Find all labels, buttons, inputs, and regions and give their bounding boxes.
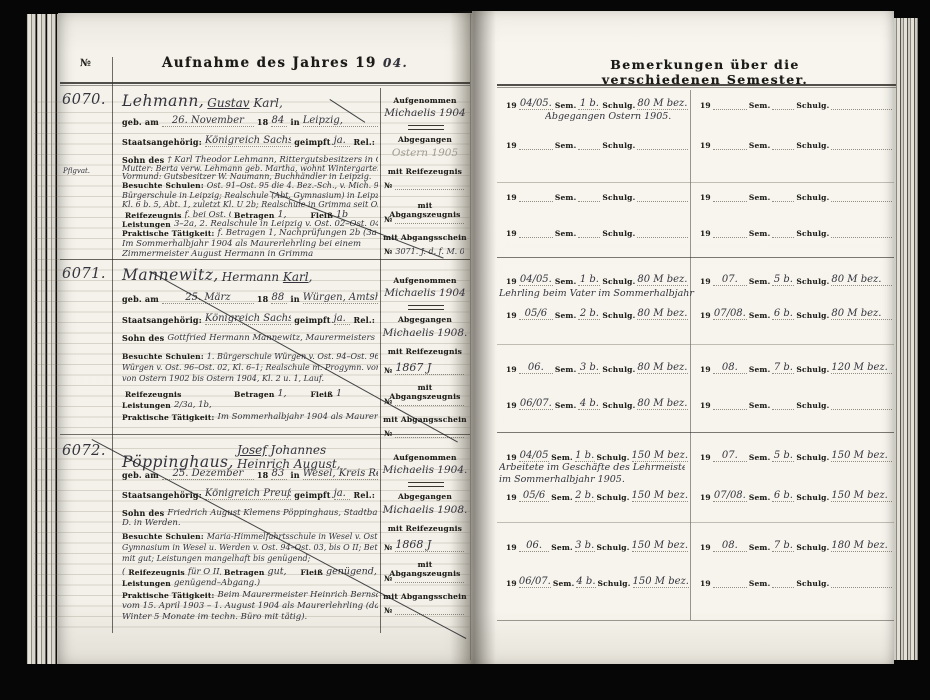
vaccinated: ja.: [334, 488, 351, 500]
label-19: 19: [700, 493, 711, 502]
year-value: 04/05.: [519, 274, 553, 286]
year-value: 06/07.: [519, 576, 551, 588]
label-19: 19: [506, 543, 517, 552]
label-sem: Sem.: [555, 401, 577, 410]
label-19: 19: [506, 579, 517, 588]
semester-cell: 19 Sem. Schulg.: [700, 188, 892, 202]
left-header-rule: [60, 82, 470, 84]
double-rule: [408, 125, 444, 130]
schools-row-1: Besuchte Schulen: Ost. 91–Ost. 95 die 4.…: [122, 181, 378, 190]
semester-value: 4 b.: [578, 398, 600, 410]
practical-row-2: vom 15. April 1903 – 1. August 1904 als …: [122, 601, 378, 611]
semester-value: [772, 409, 794, 410]
leaving-slip-number: [395, 614, 464, 615]
label-fleiss: Fleiß: [311, 390, 334, 399]
semester-value: 2 b.: [575, 490, 595, 502]
citizenship-row: Staatsangehörig: Königreich Sachsen geim…: [122, 135, 378, 147]
birth-date: 26. November: [162, 115, 254, 127]
given-names: Gustav Karl,: [207, 96, 283, 110]
year-value: [713, 409, 747, 410]
admitted-date: Michaelis 1904.: [382, 464, 468, 476]
name-row: Mannewitz, Hermann Karl,: [122, 266, 378, 284]
label-mit-reifezeugnis: mit Reifezeugnis: [382, 524, 468, 533]
label-schulg: Schulg.: [602, 277, 635, 286]
given-pre: Hermann: [222, 270, 283, 284]
practical-line: Zimmermeister August Hermann in Grimma: [122, 249, 378, 259]
leaving-certificate-number-row: №: [384, 215, 464, 224]
year-value: 07.: [713, 274, 747, 286]
certificate-number-row: №: [384, 181, 464, 190]
year-value: 04/05.: [519, 98, 553, 110]
year-value: 08.: [713, 362, 747, 374]
semester-cell: 19 Sem. Schulg.: [506, 224, 688, 238]
semester-value: 6 b.: [772, 490, 794, 502]
year-value: [713, 587, 747, 588]
label-sem: Sem.: [749, 453, 771, 462]
label-no: №: [384, 181, 392, 190]
label-schulg: Schulg.: [796, 579, 829, 588]
fee-value: 80 M bez.: [637, 398, 688, 410]
label-sem: Sem.: [749, 579, 771, 588]
schools-row-2: Bürgerschule in Leipzig; Realschule (Abt…: [122, 191, 378, 200]
margin-note: Pflgvat.: [63, 167, 90, 175]
group-separator-bottom: [497, 620, 894, 621]
leaving-slip-number: [395, 437, 464, 438]
status-column: Aufgenommen Michaelis 1904 Abgegangen Mi…: [382, 276, 468, 441]
achievements: genügend–Abgang.): [174, 578, 378, 588]
label-rel: Rel.:: [353, 137, 375, 147]
label-schulg: Schulg.: [602, 229, 635, 238]
semester-value: 1 b.: [578, 98, 600, 110]
status-column-divider: [380, 88, 381, 633]
admitted-date: Michaelis 1904: [382, 287, 468, 299]
leaving-slip-number-row: №: [384, 429, 464, 438]
given-tail: Karl,: [250, 96, 283, 110]
label-aufgenommen: Aufgenommen: [382, 276, 468, 285]
label-schulg: Schulg.: [602, 401, 635, 410]
certificate-number: 1867 J: [395, 361, 464, 375]
schools-row-2: Würgen v. Ost. 96–Ost. 02, Kl. 6–1; Real…: [122, 363, 378, 372]
label-sem: Sem.: [555, 277, 577, 286]
year-value: [519, 237, 553, 238]
label-no: №: [384, 429, 392, 438]
label-schulg: Schulg.: [796, 401, 829, 410]
label-schulg: Schulg.: [796, 311, 829, 320]
label-rel: Rel.:: [353, 490, 375, 500]
label-sem: Sem.: [749, 543, 771, 552]
achievements-row: Leistungen 2/3a, 1b,: [122, 400, 378, 410]
semester-value: 5 b.: [772, 450, 794, 462]
label-19: 19: [700, 453, 711, 462]
label-abgegangen: Abgegangen: [382, 492, 468, 501]
practical-row-2: Im Sommerhalbjahr 1904 als Maurerlehrlin…: [122, 239, 378, 249]
semester-cell: 19 07. Sem. 5 b. Schulg. 80 M bez.: [700, 272, 892, 286]
certificate-note: für O II, Ostern 03;: [188, 567, 221, 577]
semester-cell: 19 05/6 Sem. 2 b. Schulg. 150 M bez.: [506, 488, 688, 502]
practical-row-1: Praktische Tätigkeit: Beim Maurermeister…: [122, 590, 378, 600]
label-sem: Sem.: [749, 365, 771, 374]
left-date: Michaelis 1908.: [382, 504, 468, 516]
semester-column-divider: [690, 90, 691, 620]
label-schulg: Schulg.: [796, 229, 829, 238]
given-underlined: Karl: [283, 270, 309, 284]
semester-value: [772, 201, 794, 202]
label-19: 19: [700, 193, 711, 202]
label-aufgenommen: Aufgenommen: [382, 453, 468, 462]
year-value: 06.: [519, 362, 553, 374]
year-value: 07.: [713, 450, 747, 462]
label-betragen: Betragen: [224, 568, 264, 577]
fee-value: 80 M bez.: [637, 274, 688, 286]
fee-value: [637, 237, 688, 238]
label-schulg: Schulg.: [796, 101, 829, 110]
label-staatsangehoerig: Staatsangehörig:: [122, 315, 202, 325]
label-besuchte-schulen: Besuchte Schulen:: [122, 352, 204, 361]
semester-cell: 19 Sem. Schulg.: [700, 96, 892, 110]
semester-value: [772, 149, 794, 150]
label-19: 19: [506, 401, 517, 410]
label-19: 19: [700, 141, 711, 150]
father-name: Friedrich August Klemens Pöppinghaus, St…: [167, 508, 378, 518]
practical-row-1: Praktische Tätigkeit: f. Betragen 1, Nac…: [122, 228, 378, 238]
label-18: 18: [257, 470, 269, 480]
fee-value: [831, 149, 892, 150]
semester-value: 3 b.: [575, 540, 595, 552]
label-no: №: [384, 606, 392, 615]
label-schulg: Schulg.: [796, 365, 829, 374]
label-sem: Sem.: [749, 401, 771, 410]
group-separator-2: [497, 432, 894, 433]
year-value: [713, 201, 747, 202]
label-sem: Sem.: [555, 101, 577, 110]
label-sem: Sem.: [749, 229, 771, 238]
semester-cell: 19 04/05. Sem. 1 b. Schulg. 80 M bez.: [506, 272, 688, 286]
citizenship: Königreich Preußen: [205, 488, 291, 500]
label-sem: Sem.: [555, 229, 577, 238]
label-schulg: Schulg.: [602, 365, 635, 374]
fee-value: 150 M bez.: [632, 450, 688, 462]
label-schulg: Schulg.: [796, 193, 829, 202]
label-leistungen: Leistungen: [122, 579, 171, 588]
semester-cell: 19 Sem. Schulg.: [700, 574, 892, 588]
label-geimpft: geimpft: [294, 490, 330, 500]
label-no: №: [384, 543, 392, 552]
label-19: 19: [506, 101, 517, 110]
birth-row: geb. am 25. März 18 88 in Würgen, Amtsh.…: [122, 292, 378, 304]
label-betragen: Betragen: [234, 390, 274, 399]
father-row: Sohn des Gottfried Hermann Mannewitz, Ma…: [122, 333, 378, 343]
citizenship: Königreich Sachsen: [205, 135, 291, 147]
label-19: 19: [700, 543, 711, 552]
leaving-slip-number-row: №: [384, 606, 464, 615]
fee-value: 180 M bez.: [831, 540, 892, 552]
entry-number: 6071.: [62, 266, 106, 282]
entry-number: 6072.: [62, 443, 106, 459]
fee-value: 80 M bez.: [831, 308, 892, 320]
schools-line: Maria-Himmelfahrtsschule in Wesel v. Ost…: [207, 532, 378, 541]
given-names: Josef Johannes Heinrich August,: [237, 443, 378, 471]
father-row: Sohn des Friedrich August Klemens Pöppin…: [122, 508, 378, 518]
double-rule: [408, 482, 444, 487]
entry-body: Mannewitz, Hermann Karl, geb. am 25. Mär…: [122, 262, 378, 432]
citizenship-row: Staatsangehörig: Königreich Sachsen geim…: [122, 313, 378, 325]
semester-cell: 19 04/05 Sem. 1 b. Schulg. 150 M bez.: [506, 448, 688, 462]
fee-value: 80 M bez.: [637, 308, 688, 320]
semester-value: [772, 109, 794, 110]
surname: Mannewitz,: [122, 266, 219, 284]
semester-value: [578, 201, 600, 202]
label-schulg: Schulg.: [602, 101, 635, 110]
entry-number: 6070.: [62, 92, 106, 108]
given-underlined: Josef: [237, 443, 267, 457]
fee-value: 150 M bez.: [831, 450, 892, 462]
name-row: Pöppinghaus, Josef Johannes Heinrich Aug…: [122, 443, 378, 471]
certificate-number-row: № 1867 J: [384, 361, 464, 375]
fee-value: 150 M bez.: [633, 576, 689, 588]
semester-cell: 19 06. Sem. 3 b. Schulg. 80 M bez.: [506, 360, 688, 374]
label-schulg: Schulg.: [598, 579, 631, 588]
practical-row-1: Praktische Tätigkeit: Im Sommerhalbjahr …: [122, 412, 378, 422]
birth-place: Würgen, Amtsh. Grimma,: [303, 292, 378, 304]
schools-row-3: mit gut; Leistungen mangelhaft bis genüg…: [122, 554, 378, 563]
fee-value: [831, 201, 892, 202]
label-19: 19: [700, 365, 711, 374]
label-mit-reifezeugnis: mit Reifezeugnis: [382, 167, 468, 176]
label-19: 19: [506, 193, 517, 202]
fee-value: 150 M bez.: [831, 490, 892, 502]
left-page-title-text: Aufnahme des Jahres 19: [162, 55, 377, 71]
label-schulg: Schulg.: [597, 493, 630, 502]
leaving-certificate-number: [395, 582, 464, 583]
year-value: 06/07.: [519, 398, 553, 410]
semester-value: 5 b.: [772, 274, 794, 286]
label-geb-am: geb. am: [122, 294, 159, 304]
label-reifezeugnis: Reifezeugnis: [125, 390, 182, 399]
semester-cell: 19 Sem. Schulg.: [700, 396, 892, 410]
label-sem: Sem.: [551, 493, 573, 502]
label-sohn-des: Sohn des: [122, 333, 164, 343]
label-in: in: [290, 294, 299, 304]
birth-row: geb. am 26. November 18 84 in Leipzig,: [122, 115, 378, 127]
certificate-number: [395, 189, 464, 190]
schools-line: mit gut; Leistungen mangelhaft bis genüg…: [122, 554, 378, 563]
semester-cell: 19 06. Sem. 3 b. Schulg. 150 M bez.: [506, 538, 688, 552]
schools-line: Kl. 6 b. 5, Abt. 1, zuletzt Kl. U 2b; Re…: [122, 200, 378, 209]
label-reifezeugnis: Reifezeugnis: [128, 568, 185, 577]
certificate-row: Reifezeugnis Betragen 1, Fleiß 1: [122, 388, 378, 399]
double-rule: [408, 305, 444, 310]
birth-date: 25. Dezember: [162, 468, 254, 480]
certificate-number: 1868 J: [395, 538, 464, 552]
label-sem: Sem.: [555, 365, 577, 374]
leaving-certificate-number-row: №: [384, 574, 464, 583]
label-sem: Sem.: [553, 579, 575, 588]
label-18: 18: [257, 294, 269, 304]
left-page-title: Aufnahme des Jahres 19 04.: [140, 55, 430, 71]
schools-row-3: Kl. 6 b. 5, Abt. 1, zuletzt Kl. U 2b; Re…: [122, 200, 378, 209]
label-no: №: [384, 215, 392, 224]
year-value: 08.: [713, 540, 747, 552]
fee-value: [831, 109, 892, 110]
right-header-rule-thin: [497, 87, 896, 88]
label-19: 19: [506, 229, 517, 238]
birth-place: Leipzig,: [303, 115, 378, 127]
label-besuchte-schulen: Besuchte Schulen:: [122, 532, 204, 541]
achievements: 2/3a, 1b,: [174, 400, 378, 410]
year-value: [713, 237, 747, 238]
given-tail: ,: [309, 270, 313, 284]
label-praktische: Praktische Tätigkeit:: [122, 591, 214, 600]
label-aufgenommen: Aufgenommen: [382, 96, 468, 105]
label-praktische: Praktische Tätigkeit:: [122, 229, 214, 238]
right-page-title: Bemerkungen über die verschiedenen Semes…: [555, 57, 855, 87]
label-abgegangen: Abgegangen: [382, 135, 468, 144]
year-value: 06.: [519, 540, 549, 552]
semester-note: Lehrling beim Vater im Sommerhalbjahr 05…: [499, 288, 695, 299]
conduct-grade: 1,: [278, 388, 308, 399]
label-19: 19: [700, 579, 711, 588]
semester-cell: 19 06/07. Sem. 4 b. Schulg. 150 M bez.: [506, 574, 688, 588]
year-value: 05/6: [519, 308, 553, 320]
sub-divider-3: [497, 522, 894, 523]
schools-line: Ost. 91–Ost. 95 die 4. Bez.-Sch., v. Mic…: [207, 181, 378, 190]
entry-body: Lehmann, Gustav Karl, geb. am 26. Novemb…: [122, 90, 378, 258]
semester-value: 7 b.: [772, 362, 794, 374]
certificate-number-row: № 1868 J: [384, 538, 464, 552]
label-19: 19: [700, 229, 711, 238]
semester-cell: 19 Sem. Schulg.: [506, 188, 688, 202]
label-19: 19: [506, 311, 517, 320]
achievements-row: Leistungen genügend–Abgang.): [122, 578, 378, 588]
label-besuchte-schulen: Besuchte Schulen:: [122, 181, 204, 190]
semester-cell: 19 05/6 Sem. 2 b. Schulg. 80 M bez.: [506, 306, 688, 320]
semester-note: Abgegangen Ostern 1905.: [545, 111, 725, 122]
birth-year: 84: [271, 115, 287, 127]
semester-note: Arbeitete im Geschäfte des Lehrmeisters: [499, 462, 685, 473]
semester-value: 1 b.: [575, 450, 595, 462]
left-date: Michaelis 1908.: [382, 327, 468, 339]
semester-cell: 19 04/05. Sem. 1 b. Schulg. 80 M bez.: [506, 96, 688, 110]
birth-year: 83: [271, 468, 287, 480]
label-19: 19: [506, 277, 517, 286]
semester-cell: 19 06/07. Sem. 4 b. Schulg. 80 M bez.: [506, 396, 688, 410]
semester-value: [578, 149, 600, 150]
fee-value: 120 M bez.: [831, 362, 892, 374]
label-schulg: Schulg.: [602, 141, 635, 150]
no-column-header: №: [80, 58, 91, 69]
semester-value: 3 b.: [578, 362, 600, 374]
no-column-divider: [112, 57, 113, 633]
label-schulg: Schulg.: [602, 193, 635, 202]
family-line: Vormund: Gutsbesitzer W. Naumann, Buchhä…: [122, 172, 378, 181]
semester-value: [772, 237, 794, 238]
label-leistungen: Leistungen: [122, 401, 171, 410]
label-schulg: Schulg.: [796, 493, 829, 502]
schools-line: Bürgerschule in Leipzig; Realschule (Abt…: [122, 191, 378, 200]
given-names: Hermann Karl,: [222, 270, 313, 284]
birth-row: geb. am 25. Dezember 18 83 in Wesel, Kre…: [122, 468, 378, 480]
label-no: №: [384, 574, 392, 583]
entry-body: Pöppinghaus, Josef Johannes Heinrich Aug…: [122, 438, 378, 628]
year-value: 07/08.: [713, 490, 747, 502]
fee-value: 80 M bez.: [637, 362, 688, 374]
label-schulg: Schulg.: [602, 311, 635, 320]
schools-row-2: Gymnasium in Wesel u. Werden v. Ost. 94–…: [122, 543, 378, 552]
semester-value: 6 b.: [772, 308, 794, 320]
fee-value: 80 M bez.: [637, 98, 688, 110]
left-header-rule-thin: [60, 85, 470, 86]
label-staatsangehoerig: Staatsangehörig:: [122, 137, 202, 147]
vaccinated: ja.: [334, 313, 351, 325]
label-19: 19: [506, 453, 517, 462]
label-schulg: Schulg.: [796, 141, 829, 150]
label-in: in: [290, 470, 299, 480]
register-book-scan: № Aufnahme des Jahres 19 04. 6070. Pflgv…: [0, 0, 930, 700]
right-page-stack-edge: [894, 18, 918, 660]
admitted-date: Michaelis 1904: [382, 107, 468, 119]
label-schulg: Schulg.: [796, 453, 829, 462]
schools-line: 1. Bürgerschule Würgen v. Ost. 94–Ost. 9…: [207, 352, 378, 361]
semester-value: 1 b.: [578, 274, 600, 286]
citizenship: Königreich Sachsen: [205, 313, 291, 325]
label-sem: Sem.: [749, 311, 771, 320]
label-no: №: [384, 366, 392, 375]
vaccinated: ja.: [334, 135, 351, 147]
citizenship-row: Staatsangehörig: Königreich Preußen geim…: [122, 488, 378, 500]
label-abgegangen: Abgegangen: [382, 315, 468, 324]
label-18: 18: [257, 117, 269, 127]
birth-place: Wesel, Kreis Rees,: [303, 468, 378, 480]
year-value: [519, 201, 553, 202]
semester-value: 2 b.: [578, 308, 600, 320]
schools-row-1: Besuchte Schulen: 1. Bürgerschule Würgen…: [122, 352, 378, 361]
label-geimpft: geimpft: [294, 315, 330, 325]
semester-cell: 19 Sem. Schulg.: [506, 136, 688, 150]
label-sohn-des: Sohn des: [122, 508, 164, 518]
label-19: 19: [506, 493, 517, 502]
left-page-inner-edge: [470, 14, 471, 660]
practical-line: f. Betragen 1, Nachprüfungen 2b (3a–1);: [217, 228, 378, 238]
fee-value: [637, 201, 688, 202]
fee-value: [831, 237, 892, 238]
semester-cell: 19 07/08. Sem. 6 b. Schulg. 150 M bez.: [700, 488, 892, 502]
label-19: 19: [506, 141, 517, 150]
fee-value: 80 M bez.: [831, 274, 892, 286]
label-geimpft: geimpft: [294, 137, 330, 147]
fee-value: [831, 587, 892, 588]
status-column: Aufgenommen Michaelis 1904. Abgegangen M…: [382, 453, 468, 618]
birth-year: 88: [271, 292, 287, 304]
semester-cell: 19 08. Sem. 7 b. Schulg. 120 M bez.: [700, 360, 892, 374]
label-no: №: [384, 247, 392, 256]
year-value: [713, 109, 747, 110]
family-row-3: Vormund: Gutsbesitzer W. Naumann, Buchhä…: [122, 172, 378, 181]
year-value: 07/08.: [713, 308, 747, 320]
label-mit-reifezeugnis: mit Reifezeugnis: [382, 347, 468, 356]
leaving-certificate-number-row: №: [384, 397, 464, 406]
fee-value: [831, 409, 892, 410]
surname: Lehmann,: [122, 92, 204, 110]
leaving-certificate-number: [395, 405, 464, 406]
label-sem: Sem.: [749, 277, 771, 286]
sub-divider-2: [497, 344, 894, 345]
conduct-grade: gut,: [268, 566, 298, 577]
given-underlined: Gustav: [207, 96, 249, 110]
label-19: 19: [700, 277, 711, 286]
schools-line: Gymnasium in Wesel u. Werden v. Ost. 94–…: [122, 543, 378, 552]
practical-line: vom 15. April 1903 – 1. August 1904 als …: [122, 601, 378, 611]
practical-line: Im Sommerhalbjahr 1904 als Maurerlehrlin…: [217, 412, 378, 422]
